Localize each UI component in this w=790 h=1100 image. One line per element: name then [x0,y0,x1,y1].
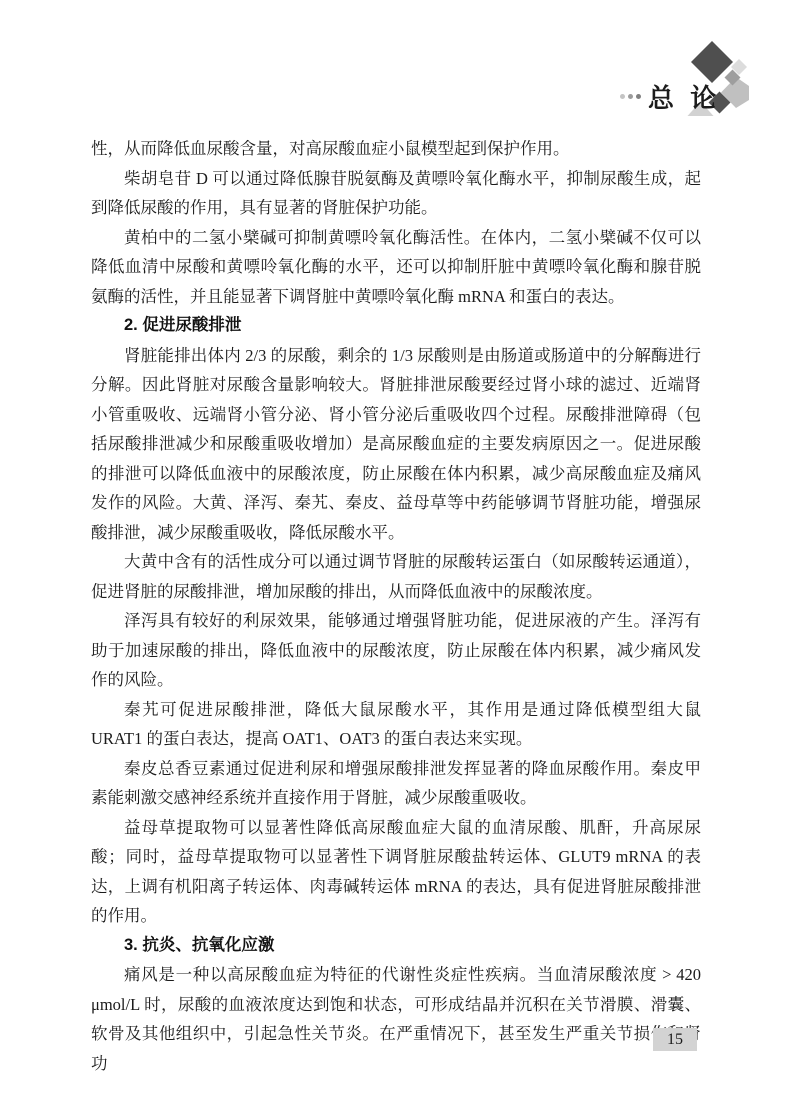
section-heading-3: 3. 抗炎、抗氧化应激 [91,931,701,961]
book-page: 总 论 性，从而降低血尿酸含量，对高尿酸血症小鼠模型起到保护作用。 柴胡皂苷 D… [0,0,790,1100]
section-heading-2: 2. 促进尿酸排泄 [91,311,701,341]
paragraph: 大黄中含有的活性成分可以通过调节肾脏的尿酸转运蛋白（如尿酸转运通道），促进肾脏的… [91,547,701,606]
paragraph: 肾脏能排出体内 2/3 的尿酸，剩余的 1/3 尿酸则是由肠道或肠道中的分解酶进… [91,341,701,548]
paragraph: 泽泻具有较好的利尿效果，能够通过增强肾脏功能，促进尿液的产生。泽泻有助于加速尿酸… [91,606,701,695]
chapter-title: 总 论 [648,78,717,115]
page-body: 性，从而降低血尿酸含量，对高尿酸血症小鼠模型起到保护作用。 柴胡皂苷 D 可以通… [91,134,701,1078]
paragraph: 黄柏中的二氢小檗碱可抑制黄嘌呤氧化酶活性。在体内，二氢小檗碱不仅可以降低血清中尿… [91,223,701,312]
paragraph: 秦皮总香豆素通过促进利尿和增强尿酸排泄发挥显著的降血尿酸作用。秦皮甲素能刺激交感… [91,754,701,813]
page-number-badge: 15 [653,1028,697,1051]
paragraph: 秦艽可促进尿酸排泄，降低大鼠尿酸水平，其作用是通过降低模型组大鼠 URAT1 的… [91,695,701,754]
dot-icon [628,94,633,99]
three-dots-icon [620,94,641,99]
paragraph: 柴胡皂苷 D 可以通过降低腺苷脱氨酶及黄嘌呤氧化酶水平，抑制尿酸生成，起到降低尿… [91,164,701,223]
paragraph-continuation: 性，从而降低血尿酸含量，对高尿酸血症小鼠模型起到保护作用。 [91,134,701,164]
chapter-header: 总 论 [620,78,717,115]
paragraph: 痛风是一种以高尿酸血症为特征的代谢性炎症性疾病。当血清尿酸浓度 > 420 μm… [91,960,701,1078]
dot-icon [620,94,625,99]
dot-icon [636,94,641,99]
paragraph: 益母草提取物可以显著性降低高尿酸血症大鼠的血清尿酸、肌酐，升高尿尿酸；同时，益母… [91,813,701,931]
